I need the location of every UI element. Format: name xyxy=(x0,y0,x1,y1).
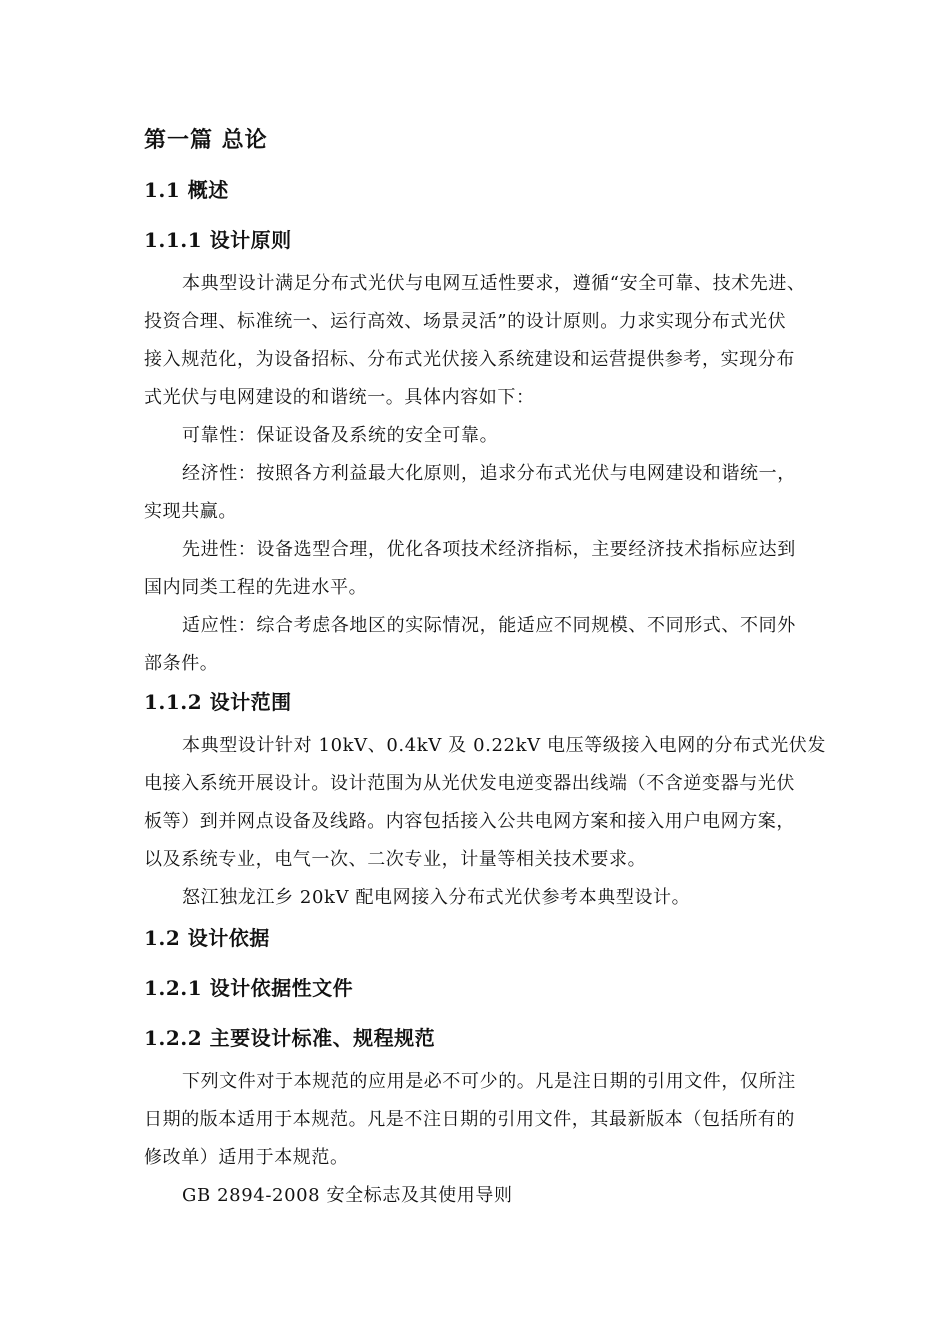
paragraph-line: 接入规范化，为设备招标、分布式光伏接入系统建设和运营提供参考，实现分布 xyxy=(144,348,795,372)
scope-note: 怒江独龙江乡 20kV 配电网接入分布式光伏参考本典型设计。 xyxy=(182,886,690,910)
standard-reference: GB 2894-2008 安全标志及其使用导则 xyxy=(182,1184,513,1208)
paragraph-line: 实现共赢。 xyxy=(144,500,237,524)
heading-1-2-2: 1.2.2 主要设计标准、规程规范 xyxy=(144,1026,435,1050)
paragraph-line: 本典型设计满足分布式光伏与电网互适性要求，遵循“安全可靠、技术先进、 xyxy=(182,272,806,296)
heading-1-2-1: 1.2.1 设计依据性文件 xyxy=(144,976,353,1000)
document-page: 第一篇 总论 1.1 概述 1.1.1 设计原则 本典型设计满足分布式光伏与电网… xyxy=(0,0,950,1343)
paragraph-line: 投资合理、标准统一、运行高效、场景灵活”的设计原则。力求实现分布式光伏 xyxy=(144,310,786,334)
paragraph-line: 式光伏与电网建设的和谐统一。具体内容如下： xyxy=(144,386,535,410)
heading-1-1: 1.1 概述 xyxy=(144,178,229,202)
part-title: 第一篇 总论 xyxy=(144,128,268,152)
heading-1-2: 1.2 设计依据 xyxy=(144,926,270,950)
paragraph-line: 经济性：按照各方利益最大化原则，追求分布式光伏与电网建设和谐统一， xyxy=(182,462,796,486)
heading-1-1-2: 1.1.2 设计范围 xyxy=(144,690,292,714)
heading-1-1-1: 1.1.1 设计原则 xyxy=(144,228,292,252)
paragraph-line: 以及系统专业，电气一次、二次专业，计量等相关技术要求。 xyxy=(144,848,646,872)
paragraph-line: 板等）到并网点设备及线路。内容包括接入公共电网方案和接入用户电网方案， xyxy=(144,810,795,834)
paragraph-line: 修改单）适用于本规范。 xyxy=(144,1146,349,1170)
reliability-paragraph: 可靠性：保证设备及系统的安全可靠。 xyxy=(182,424,498,448)
paragraph-line: 适应性：综合考虑各地区的实际情况，能适应不同规模、不同形式、不同外 xyxy=(182,614,796,638)
paragraph-line: 本典型设计针对 10kV、0.4kV 及 0.22kV 电压等级接入电网的分布式… xyxy=(182,734,826,758)
paragraph-line: 先进性：设备选型合理，优化各项技术经济指标，主要经济技术指标应达到 xyxy=(182,538,796,562)
paragraph-line: 国内同类工程的先进水平。 xyxy=(144,576,367,600)
paragraph-line: 下列文件对于本规范的应用是必不可少的。凡是注日期的引用文件，仅所注 xyxy=(182,1070,796,1094)
paragraph-line: 部条件。 xyxy=(144,652,218,676)
paragraph-line: 日期的版本适用于本规范。凡是不注日期的引用文件，其最新版本（包括所有的 xyxy=(144,1108,795,1132)
paragraph-line: 电接入系统开展设计。设计范围为从光伏发电逆变器出线端（不含逆变器与光伏 xyxy=(144,772,795,796)
